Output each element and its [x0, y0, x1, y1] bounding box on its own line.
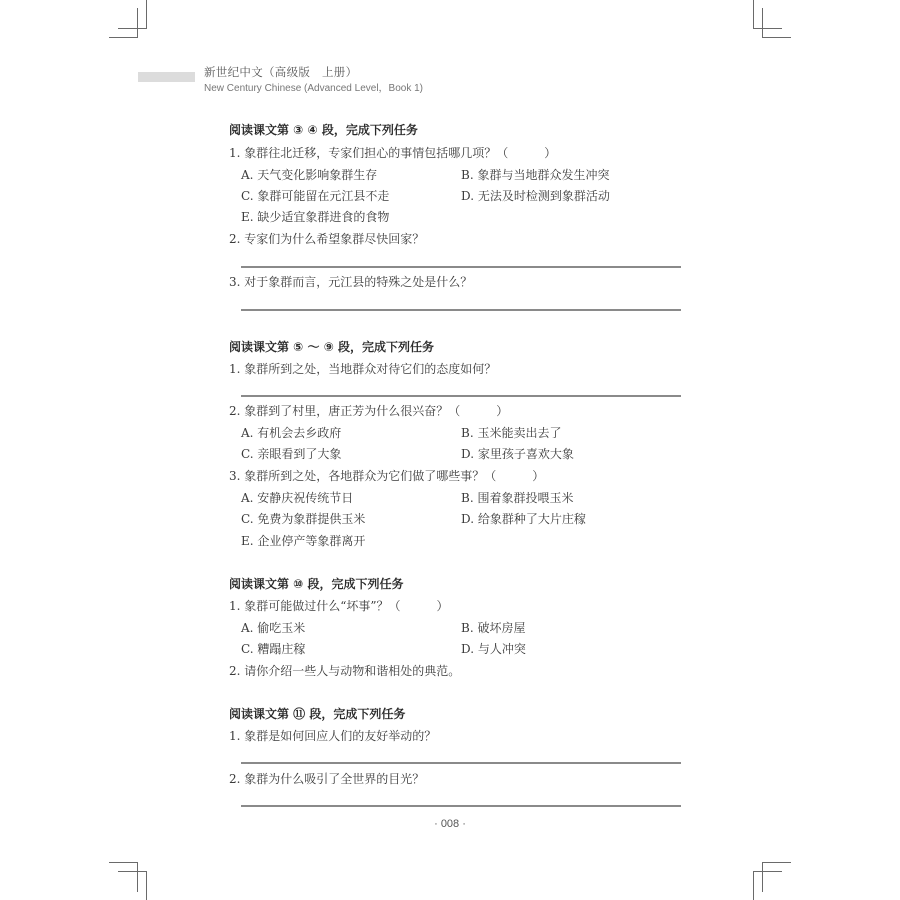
- section-title: 阅读课文第 ⑪ 段，完成下列任务: [229, 705, 405, 722]
- option-d: D. 与人冲突: [461, 640, 526, 657]
- crop-mark-top-right: [753, 28, 782, 29]
- option-a: A. 有机会去乡政府: [241, 424, 341, 441]
- book-title-chinese: 新世纪中文（高级版 上册）: [204, 64, 357, 80]
- crop-mark-bottom-right: [762, 862, 763, 892]
- crop-mark-bottom-left: [118, 871, 147, 872]
- crop-mark-top-right: [753, 0, 754, 29]
- section-title: 阅读课文第 ③ ④ 段，完成下列任务: [229, 121, 418, 138]
- crop-mark-top-left: [146, 0, 147, 29]
- option-c: C. 象群可能留在元江县不走: [241, 187, 389, 204]
- option-b: B. 围着象群投喂玉米: [461, 489, 573, 506]
- option-a: A. 天气变化影响象群生存: [241, 166, 377, 183]
- question: 2. 专家们为什么希望象群尽快回家？: [229, 230, 424, 247]
- header-accent-bar: [138, 72, 195, 82]
- option-d: D. 给象群种了大片庄稼: [461, 510, 586, 527]
- question: 1. 象群是如何回应人们的友好举动的？: [229, 727, 436, 744]
- option-a: A. 安静庆祝传统节日: [241, 489, 353, 506]
- option-b: B. 象群与当地群众发生冲突: [461, 166, 609, 183]
- crop-mark-bottom-left: [137, 862, 138, 892]
- option-e: E. 企业停产等象群离开: [241, 532, 365, 549]
- option-a: A. 偷吃玉米: [241, 619, 305, 636]
- option-c: C. 亲眼看到了大象: [241, 445, 341, 462]
- option-e: E. 缺少适宜象群进食的食物: [241, 208, 389, 225]
- option-d: D. 家里孩子喜欢大象: [461, 445, 574, 462]
- answer-line[interactable]: [241, 805, 681, 807]
- question: 1. 象群可能做过什么“坏事”？（ ）: [229, 597, 449, 614]
- answer-line[interactable]: [241, 309, 681, 311]
- crop-mark-bottom-left: [146, 871, 147, 900]
- question: 1. 象群所到之处，当地群众对待它们的态度如何？: [229, 360, 496, 377]
- crop-mark-bottom-right: [762, 862, 791, 863]
- option-c: C. 免费为象群提供玉米: [241, 510, 365, 527]
- question: 2. 象群到了村里，唐正芳为什么很兴奋？（ ）: [229, 402, 508, 419]
- crop-mark-bottom-right: [753, 871, 782, 872]
- answer-line[interactable]: [241, 395, 681, 397]
- crop-mark-bottom-left: [109, 862, 138, 863]
- answer-line[interactable]: [241, 762, 681, 764]
- question: 3. 对于象群而言，元江县的特殊之处是什么？: [229, 273, 472, 290]
- crop-mark-top-right: [762, 8, 763, 38]
- crop-mark-top-right: [762, 37, 791, 38]
- answer-line[interactable]: [241, 266, 681, 268]
- section-title: 阅读课文第 ⑩ 段，完成下列任务: [229, 575, 404, 592]
- option-b: B. 破坏房屋: [461, 619, 525, 636]
- question: 2. 象群为什么吸引了全世界的目光？: [229, 770, 424, 787]
- section-title: 阅读课文第 ⑤ ～ ⑨ 段，完成下列任务: [229, 338, 434, 355]
- option-c: C. 糟蹋庄稼: [241, 640, 305, 657]
- page-number: · 008 ·: [0, 818, 900, 830]
- crop-mark-top-left: [118, 28, 147, 29]
- question: 1. 象群往北迁移，专家们担心的事情包括哪几项？（ ）: [229, 144, 556, 161]
- crop-mark-top-left: [109, 37, 138, 38]
- option-d: D. 无法及时检测到象群活动: [461, 187, 610, 204]
- crop-mark-top-left: [137, 8, 138, 38]
- option-b: B. 玉米能卖出去了: [461, 424, 561, 441]
- question: 3. 象群所到之处，各地群众为它们做了哪些事？（ ）: [229, 467, 544, 484]
- crop-mark-bottom-right: [753, 871, 754, 900]
- book-title-english: New Century Chinese (Advanced Level，Book…: [204, 79, 423, 94]
- question: 2. 请你介绍一些人与动物和谐相处的典范。: [229, 662, 460, 679]
